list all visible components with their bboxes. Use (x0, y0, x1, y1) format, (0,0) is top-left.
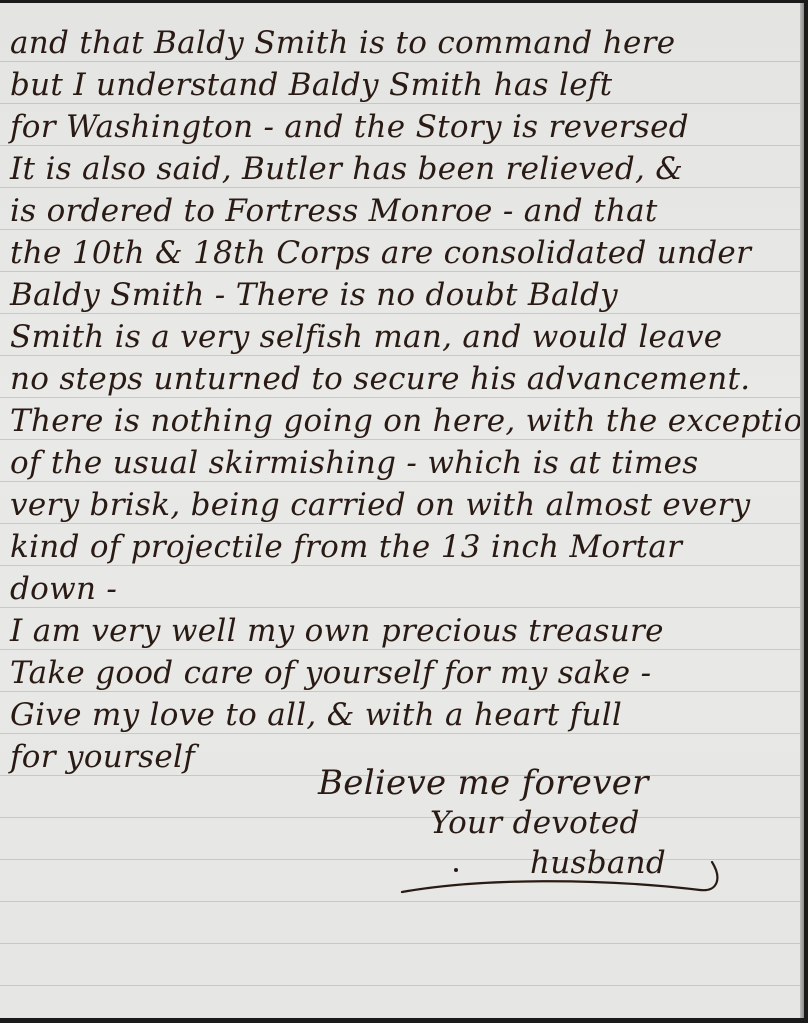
paper-edge (800, 3, 804, 1018)
ruled-line (0, 229, 804, 230)
letter-line: Take good care of yourself for my sake - (10, 655, 651, 691)
letter-line: I am very well my own precious treasure (10, 613, 664, 649)
ruled-line (0, 439, 804, 440)
letter-line: no steps unturned to secure his advancem… (10, 361, 750, 397)
ruled-line (0, 523, 804, 524)
letter-line: Give my love to all, & with a heart full (10, 697, 622, 733)
letter-line: There is nothing going on here, with the… (10, 403, 804, 439)
ruled-line (0, 691, 804, 692)
signature-flourish-icon (400, 858, 730, 898)
ruled-line (0, 649, 804, 650)
letter-line: kind of projectile from the 13 inch Mort… (10, 529, 682, 565)
ruled-line (0, 817, 804, 818)
ruled-line (0, 481, 804, 482)
ruled-line (0, 61, 804, 62)
ruled-line (0, 901, 804, 902)
ruled-line (0, 607, 804, 608)
ruled-line (0, 565, 804, 566)
letter-line: down - (10, 571, 117, 607)
letter-line: Baldy Smith - There is no doubt Baldy (10, 277, 618, 313)
ruled-line (0, 397, 804, 398)
ruled-line (0, 943, 804, 944)
letter-line: is ordered to Fortress Monroe - and that (10, 193, 658, 229)
letter-line: for Washington - and the Story is revers… (10, 109, 689, 145)
ruled-line (0, 985, 804, 986)
ruled-line (0, 103, 804, 104)
letter-line: very brisk, being carried on with almost… (10, 487, 750, 523)
letter-line: of the usual skirmishing - which is at t… (10, 445, 699, 481)
ruled-line (0, 355, 804, 356)
closing-line: Believe me forever (318, 763, 649, 803)
letter-line: the 10th & 18th Corps are consolidated u… (10, 235, 751, 271)
ruled-line (0, 145, 804, 146)
letter-line: It is also said, Butler has been relieve… (10, 151, 683, 187)
ruled-line (0, 271, 804, 272)
ruled-line (0, 313, 804, 314)
letter-page: and that Baldy Smith is to command here … (0, 3, 804, 1018)
ruled-line (0, 187, 804, 188)
ruled-line (0, 733, 804, 734)
letter-line: Smith is a very selfish man, and would l… (10, 319, 722, 355)
letter-line: and that Baldy Smith is to command here (10, 25, 675, 61)
letter-line: but I understand Baldy Smith has left (10, 67, 612, 103)
letter-line: for yourself (10, 739, 195, 775)
closing-line: Your devoted (430, 805, 640, 841)
